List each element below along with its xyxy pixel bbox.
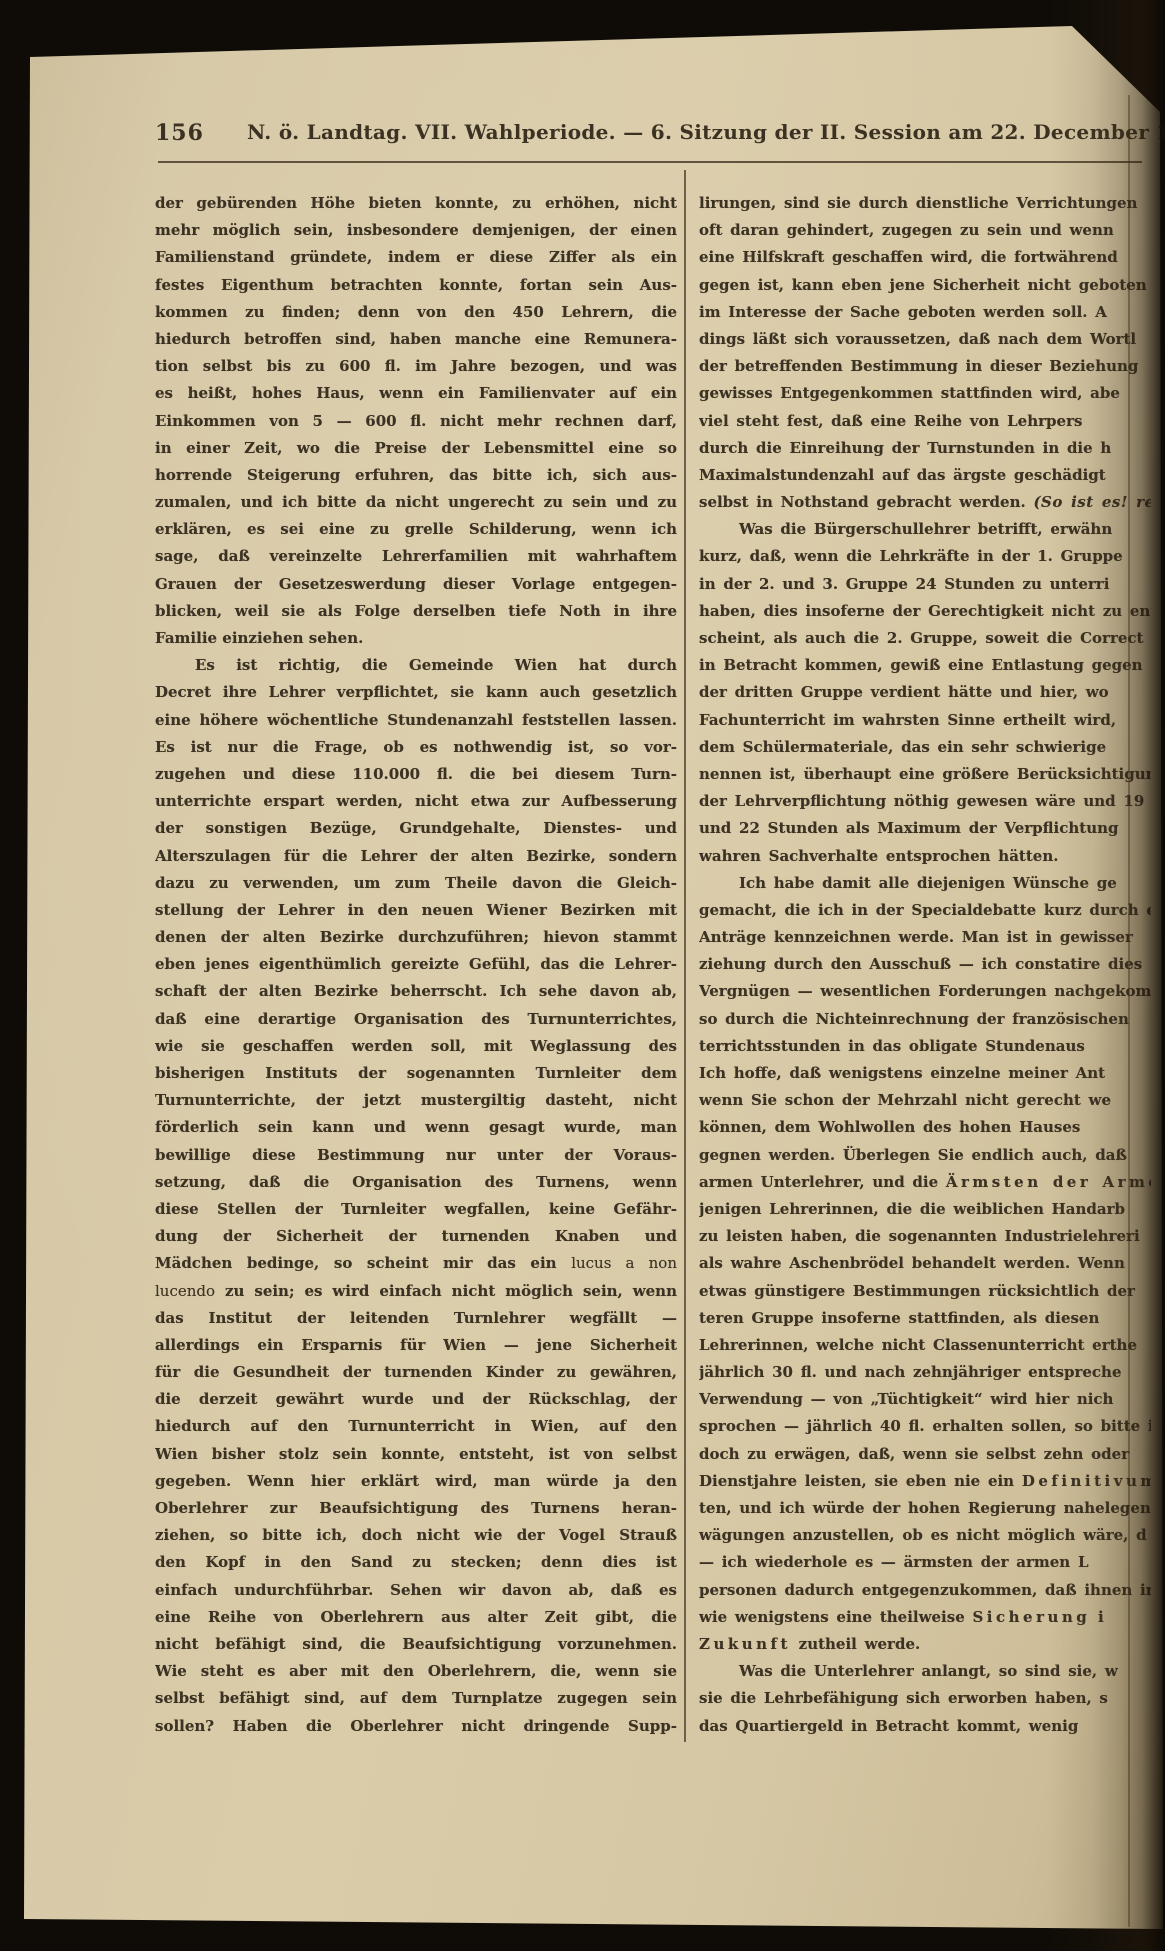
text-line: lucendo zu sein; es wird einfach nicht m… <box>155 1278 677 1305</box>
text-line: Dienstjahre leisten, sie eben nie ein De… <box>699 1468 1151 1495</box>
text-line: horrende Steigerung erfuhren, das bitte … <box>155 462 677 489</box>
text-line: kurz, daß, wenn die Lehrkräfte in der 1.… <box>699 543 1151 570</box>
text-line: Verwendung — von „Tüchtigkeit“ wird hier… <box>699 1386 1151 1413</box>
text-line: ziehung durch den Ausschuß — ich constat… <box>699 951 1151 978</box>
text-line: sollen? Haben die Oberlehrer nicht dring… <box>155 1713 677 1740</box>
text-segment: selbst in Nothstand gebracht werden. <box>699 493 1033 511</box>
text-line: der gebürenden Höhe bieten konnte, zu er… <box>155 190 677 217</box>
text-segment-roman: lucendo <box>155 1282 215 1300</box>
text-line: einfach undurchführbar. Sehen wir davon … <box>155 1577 677 1604</box>
text-line: Vergnügen — wesentlichen Forderungen nac… <box>699 978 1151 1005</box>
text-segment-spaced: Definitivum <box>1022 1472 1151 1490</box>
text-line: viel steht fest, daß eine Reihe von Lehr… <box>699 408 1151 435</box>
text-line: sprochen — jährlich 40 fl. erhalten soll… <box>699 1413 1151 1440</box>
text-line: Grauen der Gesetzeswerdung dieser Vorlag… <box>155 571 677 598</box>
text-line: Turnunterrichte, der jetzt mustergiltig … <box>155 1087 677 1114</box>
header-title: N. ö. Landtag. VII. Wahlperiode. — 6. Si… <box>247 120 1165 144</box>
text-line: so durch die Nichteinrechnung der franzö… <box>699 1006 1151 1033</box>
text-line: Zukunft zutheil werde. <box>699 1631 1151 1658</box>
text-column-left: der gebürenden Höhe bieten konnte, zu er… <box>155 190 677 1740</box>
text-line: eine höhere wöchentliche Stundenanzahl f… <box>155 707 677 734</box>
text-segment: armen Unterlehrer, und die <box>699 1173 946 1191</box>
text-line: durch die Einreihung der Turnstunden in … <box>699 435 1151 462</box>
text-line: Familie einziehen sehen. <box>155 625 677 652</box>
text-line: Lehrerinnen, welche nicht Classenunterri… <box>699 1332 1151 1359</box>
text-line: jenigen Lehrerinnen, die die weiblichen … <box>699 1196 1151 1223</box>
text-line: Wien bisher stolz sein konnte, entsteht,… <box>155 1441 677 1468</box>
text-segment: zutheil werde. <box>791 1635 920 1653</box>
text-line: bisherigen Instituts der sogenannten Tur… <box>155 1060 677 1087</box>
text-line: dings läßt sich voraussetzen, daß nach d… <box>699 326 1151 353</box>
text-line: stellung der Lehrer in den neuen Wiener … <box>155 897 677 924</box>
text-line: Was die Unterlehrer anlangt, so sind sie… <box>699 1658 1151 1685</box>
text-line: Oberlehrer zur Beaufsichtigung des Turne… <box>155 1495 677 1522</box>
text-line: der sonstigen Bezüge, Grundgehalte, Dien… <box>155 815 677 842</box>
text-line: Was die Bürgerschullehrer betrifft, erwä… <box>699 516 1151 543</box>
text-segment: Mädchen bedinge, so scheint mir das ein <box>155 1254 571 1272</box>
text-line: hiedurch auf den Turnunterricht in Wien,… <box>155 1413 677 1440</box>
text-line: blicken, weil sie als Folge derselben ti… <box>155 598 677 625</box>
text-line: hiedurch betroffen sind, haben manche ei… <box>155 326 677 353</box>
text-line: haben, dies insoferne der Gerechtigkeit … <box>699 598 1151 625</box>
text-line: ten, und ich würde der hohen Regierung n… <box>699 1495 1151 1522</box>
text-segment: i <box>1090 1608 1103 1626</box>
text-line: eine Hilfskraft geschaffen wird, die for… <box>699 244 1151 271</box>
text-line: dem Schülermateriale, das ein sehr schwi… <box>699 734 1151 761</box>
text-line: lirungen, sind sie durch dienstliche Ver… <box>699 190 1151 217</box>
text-line: wägungen anzustellen, ob es nicht möglic… <box>699 1522 1151 1549</box>
text-line: Ich hoffe, daß wenigstens einzelne meine… <box>699 1060 1151 1087</box>
text-line: allerdings ein Ersparnis für Wien — jene… <box>155 1332 677 1359</box>
text-line: das Quartiergeld in Betracht kommt, weni… <box>699 1713 1151 1740</box>
text-line: — ich wiederhole es — ärmsten der armen … <box>699 1549 1151 1576</box>
text-line: für die Gesundheit der turnenden Kinder … <box>155 1359 677 1386</box>
text-line: in Betracht kommen, gewiß eine Entlastun… <box>699 652 1151 679</box>
text-line: etwas günstigere Bestimmungen rücksichtl… <box>699 1278 1151 1305</box>
text-line: Es ist nur die Frage, ob es nothwendig i… <box>155 734 677 761</box>
text-line: der betreffenden Bestimmung in dieser Be… <box>699 353 1151 380</box>
text-line: ziehen, so bitte ich, doch nicht wie der… <box>155 1522 677 1549</box>
header-rule <box>158 161 1142 163</box>
text-line: im Interesse der Sache geboten werden so… <box>699 299 1151 326</box>
text-line: zugehen und diese 110.000 fl. die bei di… <box>155 761 677 788</box>
text-line: Decret ihre Lehrer verpflichtet, sie kan… <box>155 679 677 706</box>
text-line: in der 2. und 3. Gruppe 24 Stunden zu un… <box>699 571 1151 598</box>
text-line: das Institut der leitenden Turnlehrer we… <box>155 1305 677 1332</box>
text-line: zu leisten haben, die sogenannten Indust… <box>699 1223 1151 1250</box>
text-line: eben jenes eigenthümlich gereizte Gefühl… <box>155 951 677 978</box>
text-line: Einkommen von 5 — 600 fl. nicht mehr rec… <box>155 408 677 435</box>
text-line: gemacht, die ich in der Specialdebatte k… <box>699 897 1151 924</box>
text-segment: wie wenigstens eine theilweise <box>699 1608 972 1626</box>
text-line: denen der alten Bezirke durchzuführen; h… <box>155 924 677 951</box>
scanned-book-page: { "colors": { "background": "#0f0b06", "… <box>0 0 1165 1951</box>
text-line: bewillige diese Bestimmung nur unter der… <box>155 1142 677 1169</box>
text-line: Es ist richtig, die Gemeinde Wien hat du… <box>155 652 677 679</box>
text-line: sage, daß vereinzelte Lehrerfamilien mit… <box>155 543 677 570</box>
text-line: doch zu erwägen, daß, wenn sie selbst ze… <box>699 1441 1151 1468</box>
text-line: gegnen werden. Überlegen Sie endlich auc… <box>699 1142 1151 1169</box>
text-line: Wie steht es aber mit den Oberlehrern, d… <box>155 1658 677 1685</box>
page-number: 156 <box>155 120 204 146</box>
text-line: die derzeit gewährt wurde und der Rücksc… <box>155 1386 677 1413</box>
text-line: Anträge kennzeichnen werde. Man ist in g… <box>699 924 1151 951</box>
text-line: mehr möglich sein, insbesondere demjenig… <box>155 217 677 244</box>
text-line: kommen zu finden; denn von den 450 Lehre… <box>155 299 677 326</box>
text-line: scheint, als auch die 2. Gruppe, soweit … <box>699 625 1151 652</box>
text-column-right: lirungen, sind sie durch dienstliche Ver… <box>699 190 1151 1740</box>
text-line: zumalen, und ich bitte da nicht ungerech… <box>155 489 677 516</box>
text-line: es heißt, hohes Haus, wenn ein Familienv… <box>155 380 677 407</box>
text-line: gegeben. Wenn hier erklärt wird, man wür… <box>155 1468 677 1495</box>
text-line: setzung, daß die Organisation des Turnen… <box>155 1169 677 1196</box>
text-line: selbst in Nothstand gebracht werden. (So… <box>699 489 1151 516</box>
text-line: tion selbst bis zu 600 fl. im Jahre bezo… <box>155 353 677 380</box>
text-line: erklären, es sei eine zu grelle Schilder… <box>155 516 677 543</box>
text-line: selbst befähigt sind, auf dem Turnplatze… <box>155 1685 677 1712</box>
text-line: sie die Lehrbefähigung sich erworben hab… <box>699 1685 1151 1712</box>
text-segment-italic: (So ist es! re <box>1033 493 1151 511</box>
text-line: daß eine derartige Organisation des Turn… <box>155 1006 677 1033</box>
text-line: der Lehrverpflichtung nöthig gewesen wär… <box>699 788 1151 815</box>
text-line: Mädchen bedinge, so scheint mir das ein … <box>155 1250 677 1277</box>
text-line: der dritten Gruppe verdient hätte und hi… <box>699 679 1151 706</box>
text-line: nicht befähigt sind, die Beaufsichtigung… <box>155 1631 677 1658</box>
text-line: festes Eigenthum betrachten konnte, fort… <box>155 272 677 299</box>
text-line: wie wenigstens eine theilweise Sicherung… <box>699 1604 1151 1631</box>
text-line: oft daran gehindert, zugegen zu sein und… <box>699 217 1151 244</box>
text-line: wie sie geschaffen werden soll, mit Wegl… <box>155 1033 677 1060</box>
text-line: Familienstand gründete, indem er diese Z… <box>155 244 677 271</box>
text-line: wahren Sachverhalte entsprochen hätten. <box>699 843 1151 870</box>
text-line: als wahre Aschenbrödel behandelt werden.… <box>699 1250 1151 1277</box>
text-line: dung der Sicherheit der turnenden Knaben… <box>155 1223 677 1250</box>
text-line: gewisses Entgegenkommen stattfinden wird… <box>699 380 1151 407</box>
text-line: Ich habe damit alle diejenigen Wünsche g… <box>699 870 1151 897</box>
text-segment-spaced: Ärmsten der Armen, <box>946 1173 1151 1191</box>
text-line: unterrichte erspart werden, nicht etwa z… <box>155 788 677 815</box>
text-segment-roman: lucus a non <box>571 1254 677 1272</box>
text-line: armen Unterlehrer, und die Ärmsten der A… <box>699 1169 1151 1196</box>
text-line: wenn Sie schon der Mehrzahl nicht gerech… <box>699 1087 1151 1114</box>
text-line: teren Gruppe insoferne stattfinden, als … <box>699 1305 1151 1332</box>
text-line: und 22 Stunden als Maximum der Verpflich… <box>699 815 1151 842</box>
text-line: förderlich sein kann und wenn gesagt wur… <box>155 1114 677 1141</box>
text-line: gegen ist, kann eben jene Sicherheit nic… <box>699 272 1151 299</box>
text-segment-spaced: Zukunft <box>699 1635 791 1653</box>
text-line: Maximalstundenzahl auf das ärgste geschä… <box>699 462 1151 489</box>
text-line: den Kopf in den Sand zu stecken; denn di… <box>155 1549 677 1576</box>
text-line: nennen ist, überhaupt eine größere Berüc… <box>699 761 1151 788</box>
text-line: jährlich 30 fl. und nach zehnjähriger en… <box>699 1359 1151 1386</box>
text-line: Fachunterricht im wahrsten Sinne ertheil… <box>699 707 1151 734</box>
text-line: diese Stellen der Turnleiter wegfallen, … <box>155 1196 677 1223</box>
text-line: schaft der alten Bezirke beherrscht. Ich… <box>155 978 677 1005</box>
text-line: eine Reihe von Oberlehrern aus alter Zei… <box>155 1604 677 1631</box>
page-header: 156 N. ö. Landtag. VII. Wahlperiode. — 6… <box>0 120 1165 152</box>
text-segment: zu sein; es wird einfach nicht möglich s… <box>215 1282 677 1300</box>
text-line: personen dadurch entgegenzukommen, daß i… <box>699 1577 1151 1604</box>
column-divider <box>684 170 686 1742</box>
text-line: können, dem Wohlwollen des hohen Hauses <box>699 1114 1151 1141</box>
text-line: Alterszulagen für die Lehrer der alten B… <box>155 843 677 870</box>
text-line: in einer Zeit, wo die Preise der Lebensm… <box>155 435 677 462</box>
text-segment-spaced: Sicherung <box>972 1608 1090 1626</box>
text-segment: Dienstjahre leisten, sie eben nie ein <box>699 1472 1022 1490</box>
text-line: terrichtsstunden in das obligate Stunden… <box>699 1033 1151 1060</box>
text-line: dazu zu verwenden, um zum Theile davon d… <box>155 870 677 897</box>
